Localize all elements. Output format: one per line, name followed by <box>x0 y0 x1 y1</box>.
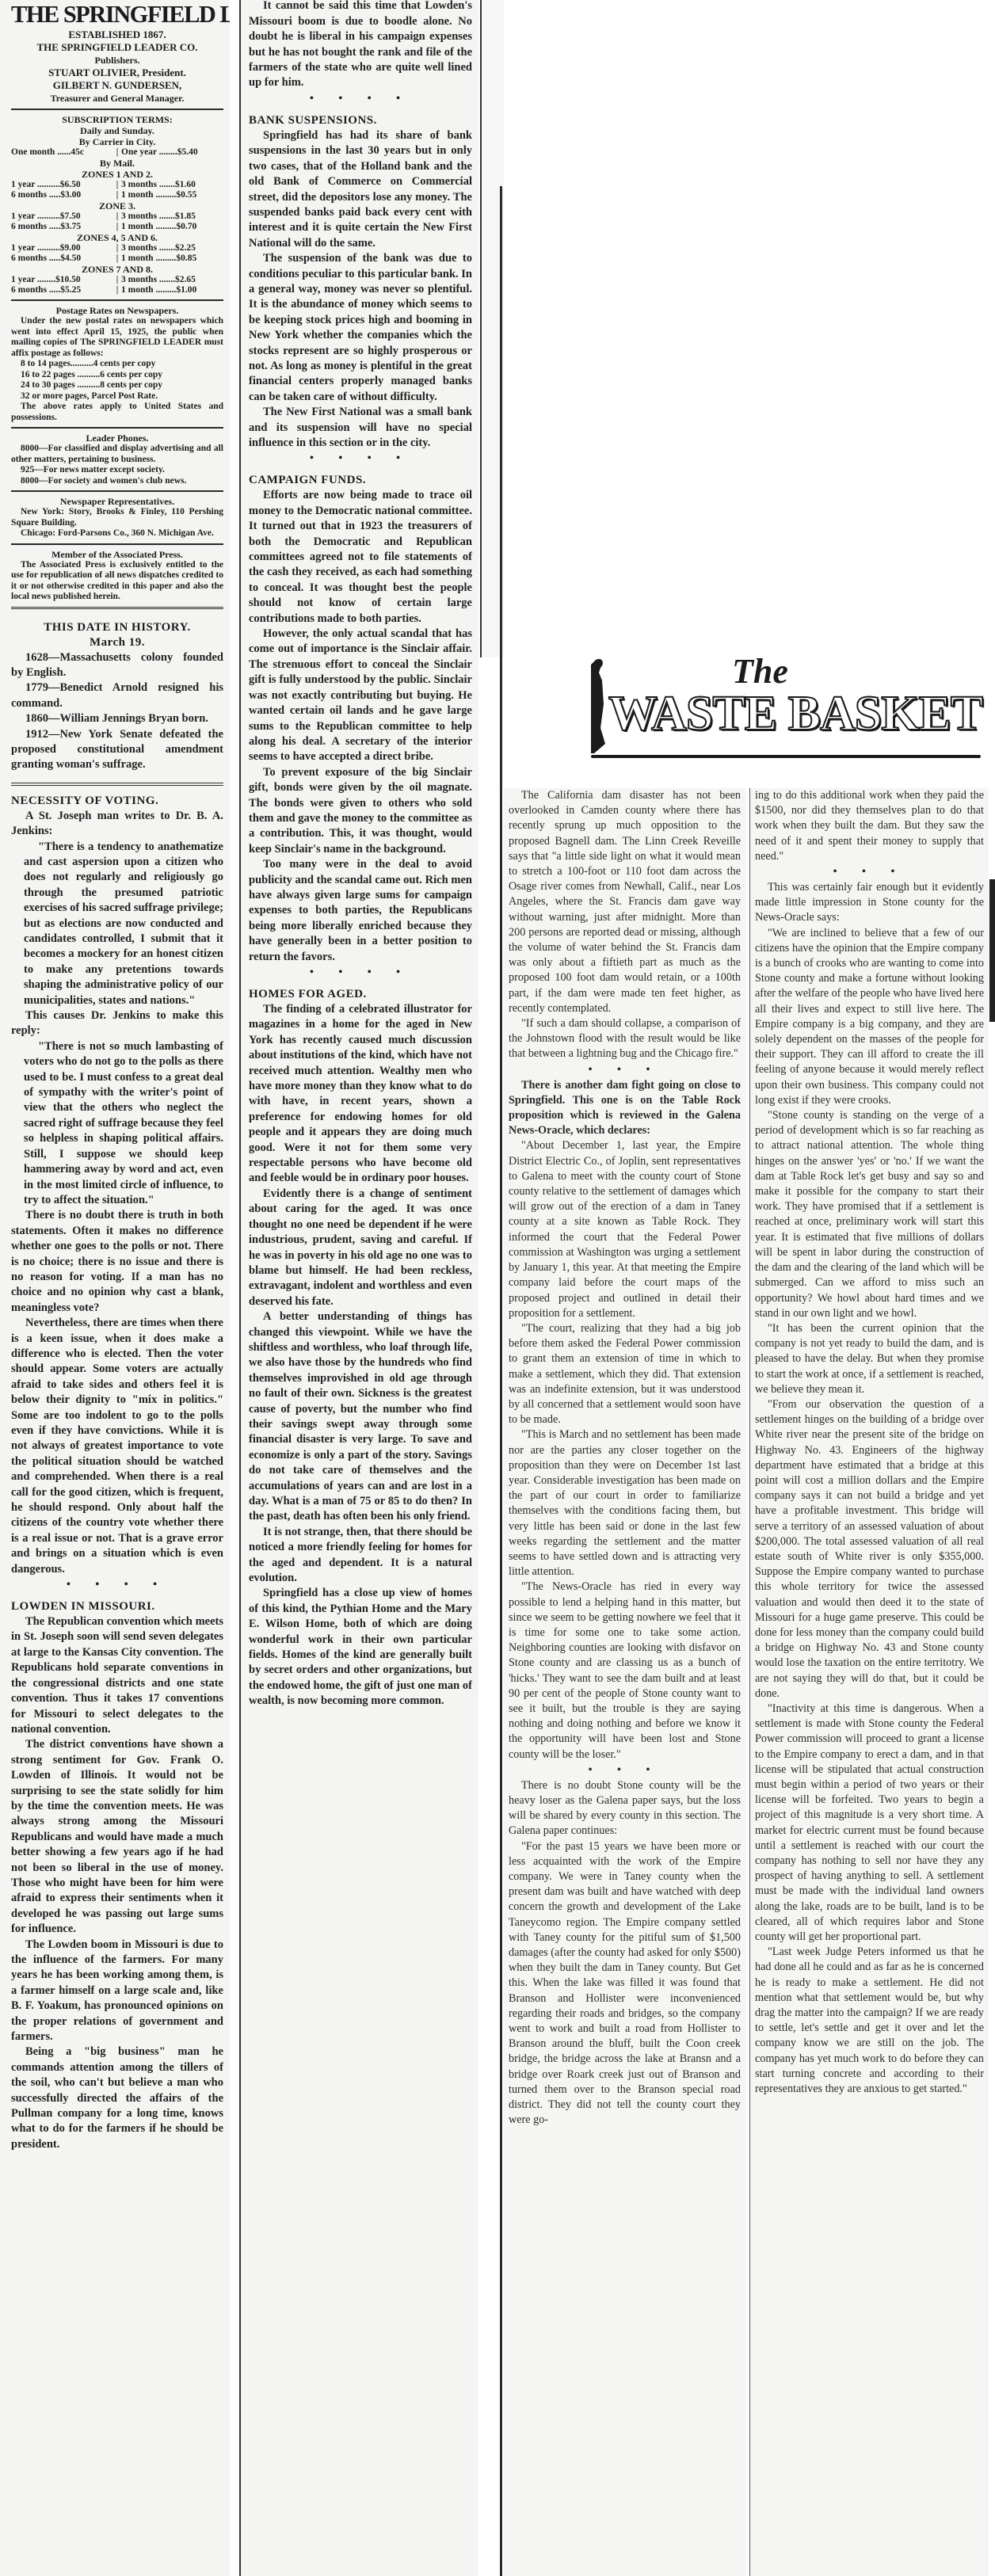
paragraph: Being a "big business" man he commands a… <box>11 2044 223 2152</box>
section-dots: • • • • <box>249 91 472 107</box>
history-item: 1779—Benedict Arnold resigned his comman… <box>11 680 223 711</box>
rate-right: 3 months .......$1.85 <box>121 211 223 222</box>
rate-separator: | <box>113 253 121 264</box>
rate-separator: | <box>113 222 121 232</box>
paragraph: There is no doubt there is truth in both… <box>11 1208 223 1316</box>
paragraph: However, the only actual scandal that ha… <box>249 627 472 765</box>
paragraph: The finding of a celebrated illustrator … <box>249 1002 472 1187</box>
paragraph: The New First National was a small bank … <box>249 405 472 451</box>
rate-right: 1 month .........$0.70 <box>121 222 223 232</box>
paragraph: The Republican convention which meets in… <box>11 1614 223 1737</box>
postage-note: The above rates apply to United States a… <box>11 402 223 423</box>
rate-left: 1 year ..........$6.50 <box>11 180 113 190</box>
paragraph: The suspension of the bank was due to co… <box>249 251 472 405</box>
newspaper-page: THE SPRINGFIELD LEADER ESTABLISHED 1867.… <box>0 0 995 2576</box>
man-figure-icon <box>591 657 608 753</box>
paragraph: "Last week Judge Peters informed us that… <box>755 1945 984 2097</box>
quoted-letter: "There is a tendency to anathematize and… <box>24 840 223 1008</box>
article-heading: CAMPAIGN FUNDS. <box>249 473 472 488</box>
paragraph: "For the past 15 years we have been more… <box>509 1839 741 2128</box>
rate-right: One year ........$5.40 <box>121 147 223 158</box>
article-heading: HOMES FOR AGED. <box>249 987 472 1002</box>
middle-column: commands attention among the tillers of … <box>239 0 478 2576</box>
newspaper-representatives: Newspaper Representatives. New York: Sto… <box>11 496 223 539</box>
paragraph: ing to do this additional work when they… <box>755 788 984 864</box>
history-heading: THIS DATE IN HISTORY. <box>11 620 223 635</box>
page-edge-mark <box>989 879 995 1022</box>
rate-row: 1 year ..........$7.50|3 months .......$… <box>11 211 223 222</box>
waste-basket-header: The WASTE BASKET <box>591 654 979 768</box>
rate-left: 6 months .....$3.75 <box>11 222 113 232</box>
rate-left: One month ......45c <box>11 147 113 158</box>
paragraph: It cannot be said this time that Lowden'… <box>249 0 472 91</box>
paragraph: "It has been the current opinion that th… <box>755 1321 984 1397</box>
treasurer-name: GILBERT N. GUNDERSEN, <box>11 79 223 92</box>
paragraph: This causes Dr. Jenkins to make this rep… <box>11 1008 223 1039</box>
rate-separator: | <box>113 211 121 222</box>
established: ESTABLISHED 1867. <box>11 29 223 41</box>
phone-item: 8000—For society and women's club news. <box>11 476 223 487</box>
subscription-terms: SUBSCRIPTION TERMS: Daily and Sunday. By… <box>11 114 223 295</box>
divider <box>11 299 223 301</box>
phone-item: 925—For news matter except society. <box>11 465 223 476</box>
rate-left: 1 year ..........$9.00 <box>11 243 113 253</box>
paragraph: Evidently there is a change of sentiment… <box>249 1187 472 1309</box>
rate-left: 6 months .....$5.25 <box>11 285 113 295</box>
zone-title: ZONE 3. <box>11 200 223 211</box>
paragraph: "Inactivity at this time is dangerous. W… <box>755 1701 984 1945</box>
article-necessity-of-voting: NECESSITY OF VOTING. A St. Joseph man wr… <box>11 794 223 1593</box>
paragraph: "We are inclined to believe that a few o… <box>755 926 984 1108</box>
zone-title: ZONES 7 AND 8. <box>11 264 223 275</box>
divider <box>11 490 223 492</box>
paragraph: Nevertheless, there are times when there… <box>11 1316 223 1577</box>
postage-rate: 16 to 22 pages ..........6 cents per cop… <box>21 370 223 381</box>
rate-right: 1 month .........$0.85 <box>121 253 223 264</box>
paragraph: There is another dam fight going on clos… <box>509 1078 741 1139</box>
publishers: Publishers. <box>11 54 223 67</box>
paragraph: Efforts are now being made to trace oil … <box>249 488 472 627</box>
history-item: 1628—Massachusetts colony founded by Eng… <box>11 650 223 681</box>
paragraph: This was certainly fair enough but it ev… <box>755 880 984 926</box>
rate-right: 1 month .........$1.00 <box>121 285 223 295</box>
phones-list: 8000—For classified and display advertis… <box>11 444 223 486</box>
reps-list: New York: Story, Brooks & Finley, 110 Pe… <box>11 507 223 539</box>
waste-basket-column-2: ing to do this additional work when they… <box>749 788 989 2576</box>
paragraph: A St. Joseph man writes to Dr. B. A. Jen… <box>11 809 223 840</box>
zones-list: ZONES 1 AND 2.1 year ..........$6.50|3 m… <box>11 169 223 295</box>
article-lowden-in-missouri: LOWDEN IN MISSOURI. The Republican conve… <box>11 1599 223 2152</box>
company-name: THE SPRINGFIELD LEADER CO. <box>11 41 223 54</box>
history-item: 1860—William Jennings Bryan born. <box>11 711 223 726</box>
postage-rate: 32 or more pages, Parcel Post Rate. <box>21 391 223 402</box>
rate-separator: | <box>113 243 121 253</box>
article-heading: NECESSITY OF VOTING. <box>11 794 223 809</box>
article-bank-suspensions: BANK SUSPENSIONS. Springfield has had it… <box>249 113 472 467</box>
rate-left: 1 year ..........$7.50 <box>11 211 113 222</box>
postage-heading: Postage Rates on Newspapers. <box>11 305 223 316</box>
column-rule <box>500 186 502 2576</box>
paragraph: Springfield has had its share of bank su… <box>249 128 472 251</box>
paragraph: Too many were in the deal to avoid publi… <box>249 857 472 965</box>
postage-rates: Postage Rates on Newspapers. Under the n… <box>11 305 223 423</box>
rate-left: 1 year ........$10.50 <box>11 275 113 285</box>
postage-rate: 24 to 30 pages ..........8 cents per cop… <box>21 380 223 391</box>
rate-left: 6 months .....$3.00 <box>11 190 113 200</box>
divider <box>11 543 223 545</box>
rate-row: 1 year ..........$9.00|3 months .......$… <box>11 243 223 253</box>
paragraph: "This is March and no settlement has bee… <box>509 1427 741 1580</box>
associated-press: Member of the Associated Press. The Asso… <box>11 549 223 603</box>
reps-heading: Newspaper Representatives. <box>11 496 223 507</box>
by-mail: By Mail. <box>11 158 223 169</box>
paragraph: There is no doubt Stone county will be t… <box>509 1778 741 1839</box>
treasurer-title: Treasurer and General Manager. <box>11 92 223 105</box>
quoted-reply: "There is not so much lambasting of vote… <box>24 1039 223 1208</box>
divider <box>11 607 223 609</box>
rate-row: One month ......45c|One year ........$5.… <box>11 147 223 158</box>
rate-row: 6 months .....$5.25|1 month .........$1.… <box>11 285 223 295</box>
divider <box>11 109 223 110</box>
paragraph: "If such a dam should collapse, a compar… <box>509 1016 741 1062</box>
rate-right: 3 months .......$2.25 <box>121 243 223 253</box>
president: STUART OLIVIER, President. <box>11 67 223 79</box>
paragraph: The Lowden boom in Missouri is due to th… <box>11 1938 223 2045</box>
rate-row: 6 months .....$3.75|1 month .........$0.… <box>11 222 223 232</box>
masthead-title: THE SPRINGFIELD LEADER <box>11 0 219 29</box>
article-heading: LOWDEN IN MISSOURI. <box>11 1599 223 1614</box>
rate-row: 6 months .....$3.00|1 month .........$0.… <box>11 190 223 200</box>
rate-separator: | <box>113 180 121 190</box>
column-text: ing to do this additional work when they… <box>755 788 984 2097</box>
history-list: 1628—Massachusetts colony founded by Eng… <box>11 650 223 773</box>
rate-separator: | <box>113 275 121 285</box>
ap-text: The Associated Press is exclusively enti… <box>11 560 223 603</box>
divider <box>11 783 223 786</box>
waste-basket-title: WASTE BASKET <box>608 685 982 742</box>
postage-rate: 8 to 14 pages..........4 cents per copy <box>21 359 223 370</box>
this-date-in-history: THIS DATE IN HISTORY. March 19. 1628—Mas… <box>11 620 223 773</box>
subscription-sub: By Carrier in City. <box>11 136 223 147</box>
rate-separator: | <box>113 285 121 295</box>
phone-item: 8000—For classified and display advertis… <box>11 444 223 465</box>
ap-heading: Member of the Associated Press. <box>11 549 223 560</box>
paragraph: To prevent exposure of the big Sinclair … <box>249 765 472 857</box>
postage-intro: Under the new postal rates on newspapers… <box>11 316 223 359</box>
divider <box>11 427 223 429</box>
rate-row: 1 year ..........$6.50|3 months .......$… <box>11 180 223 190</box>
section-dots: • • • <box>755 864 984 880</box>
paragraph: "Stone county is standing on the verge o… <box>755 1108 984 1321</box>
rep-item: New York: Story, Brooks & Finley, 110 Pe… <box>11 507 223 528</box>
article-campaign-funds: CAMPAIGN FUNDS. Efforts are now being ma… <box>249 473 472 981</box>
section-dots: • • • <box>509 1762 741 1778</box>
leader-phones: Leader Phones. 8000—For classified and d… <box>11 433 223 486</box>
subscription-sub: Daily and Sunday. <box>11 125 223 136</box>
history-item: 1912—New York Senate defeated the propos… <box>11 727 223 773</box>
rate-right: 1 month .........$0.55 <box>121 190 223 200</box>
paragraph: Springfield has a close up view of homes… <box>249 1586 472 1709</box>
rate-separator: | <box>113 190 121 200</box>
paragraph: The district conventions have shown a st… <box>11 1737 223 1937</box>
paragraph: "The News-Oracle has ried in every way p… <box>509 1580 741 1762</box>
section-dots: • • • • <box>11 1577 223 1593</box>
rate-left: 6 months .....$4.50 <box>11 253 113 264</box>
postage-list: 8 to 14 pages..........4 cents per copy1… <box>11 359 223 402</box>
paragraph: "From our observation the question of a … <box>755 1397 984 1701</box>
paragraph: "The court, realizing that they had a bi… <box>509 1321 741 1427</box>
rep-item: Chicago: Ford-Parsons Co., 360 N. Michig… <box>11 528 223 539</box>
article-heading: BANK SUSPENSIONS. <box>249 113 472 128</box>
paragraph: The California dam disaster has not been… <box>509 788 741 1016</box>
header-rule <box>591 755 981 758</box>
subscription-heading: SUBSCRIPTION TERMS: <box>11 114 223 125</box>
rate-row: 6 months .....$4.50|1 month .........$0.… <box>11 253 223 264</box>
history-date: March 19. <box>11 635 223 650</box>
phones-heading: Leader Phones. <box>11 433 223 444</box>
paragraph: It is not strange, then, that there shou… <box>249 1525 472 1587</box>
paragraph: "About December 1, last year, the Empire… <box>509 1138 741 1320</box>
section-dots: • • • <box>509 1062 741 1078</box>
waste-basket-column-1: The California dam disaster has not been… <box>504 788 745 2576</box>
zone-title: ZONES 1 AND 2. <box>11 169 223 180</box>
section-dots: • • • • <box>249 965 472 981</box>
zone-title: ZONES 4, 5 AND 6. <box>11 232 223 243</box>
column-text: The California dam disaster has not been… <box>509 788 741 2128</box>
rate-right: 3 months .......$2.65 <box>121 275 223 285</box>
article-homes-for-aged: HOMES FOR AGED. The finding of a celebra… <box>249 987 472 1709</box>
rate-right: 3 months .......$1.60 <box>121 180 223 190</box>
section-dots: • • • • <box>249 451 472 467</box>
rate-row: 1 year ........$10.50|3 months .......$2… <box>11 275 223 285</box>
left-column: THE SPRINGFIELD LEADER ESTABLISHED 1867.… <box>0 0 230 2576</box>
paragraph: A better understanding of things has cha… <box>249 1309 472 1525</box>
